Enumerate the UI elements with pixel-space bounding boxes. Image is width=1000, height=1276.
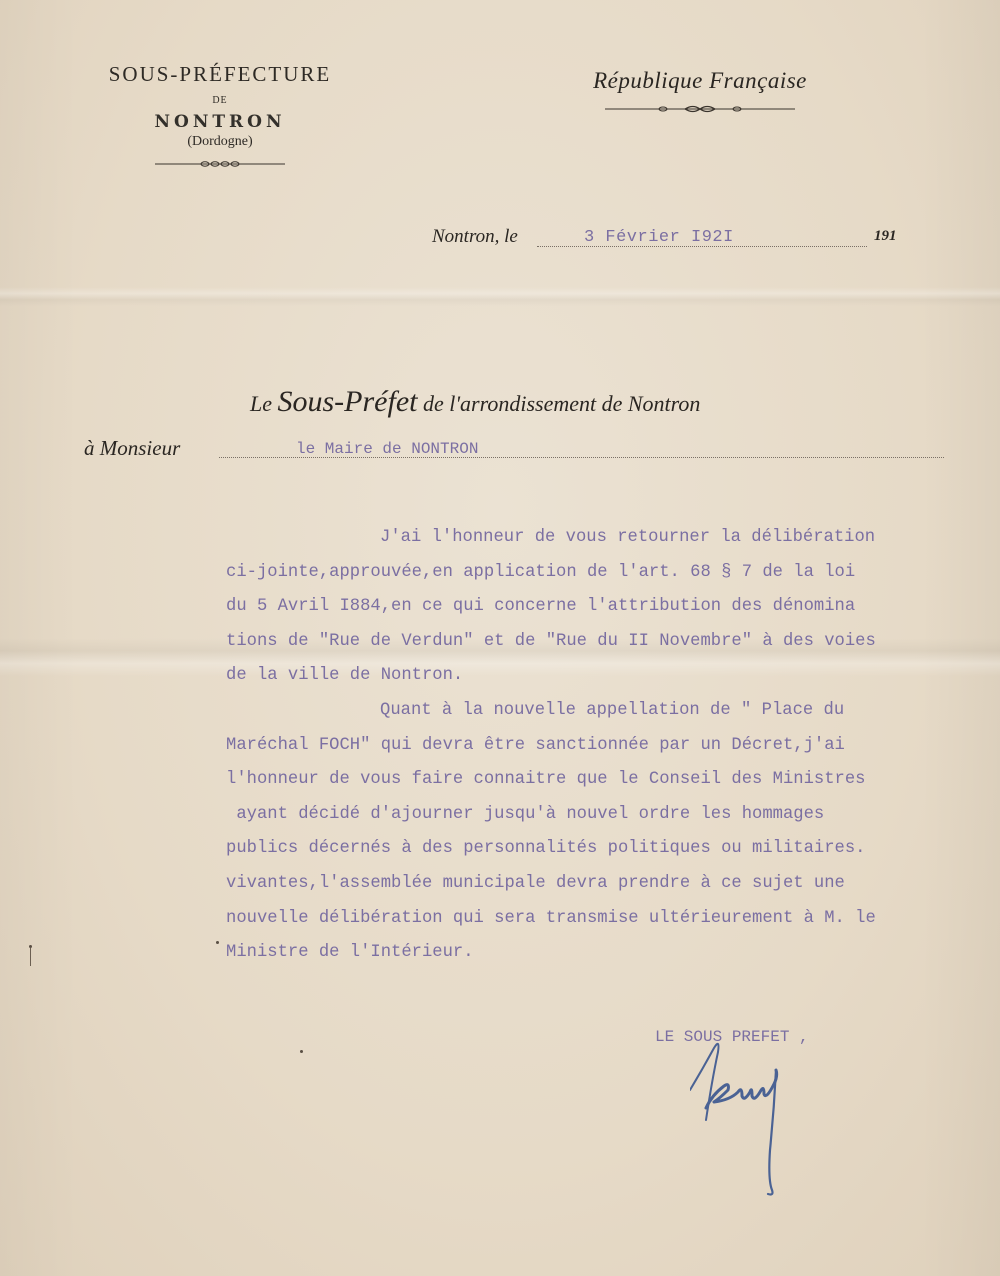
letter-body: J'ai l'honneur de vous retourner la déli… [226,521,996,971]
sender-rest: de l'arrondissement de Nontron [423,391,700,416]
ink-speck-icon [300,1050,303,1053]
republique-francaise-heading: République Française [540,68,860,94]
date-line: Nontron, le 3 Février I92I 191 [432,226,902,254]
ornament-rule-icon [605,104,795,114]
date-prefix: Nontron, le [432,226,518,248]
handwritten-signature-icon [690,1040,800,1200]
pin-hole-icon [30,948,31,966]
body-line: Quant à la nouvelle appellation de " Pla… [226,694,996,729]
body-line: de la ville de Nontron. [226,659,996,694]
body-line: du 5 Avril I884,en ce qui concerne l'att… [226,590,996,625]
date-value: 3 Février I92I [584,228,734,247]
ornament-rule-icon [155,160,285,168]
letterhead-right: République Française [540,68,860,114]
letterhead-town: NONTRON [60,112,380,132]
letterhead-department: (Dordogne) [60,134,380,150]
sender-title: Sous-Préfet [278,385,418,418]
letterhead-left: SOUS-PRÉFECTURE DE NONTRON (Dordogne) [60,62,380,168]
printed-year-suffix: 191 [874,228,897,245]
sender-le: Le [250,391,272,416]
body-line: Maréchal FOCH" qui devra être sanctionné… [226,729,996,764]
addressee-value: le Maire de NONTRON [296,440,478,458]
letterhead-title: SOUS-PRÉFECTURE [60,62,380,87]
letterhead-de: DE [60,95,380,106]
ink-speck-icon [216,941,219,944]
body-line: ci-jointe,approuvée,en application de l'… [226,556,996,591]
body-line: Ministre de l'Intérieur. [226,936,996,971]
body-line: nouvelle délibération qui sera transmise… [226,902,996,937]
sender-heading: Le Sous-Préfet de l'arrondissement de No… [250,385,910,419]
body-line: publics décernés à des personnalités pol… [226,832,996,867]
body-line: tions de "Rue de Verdun" et de "Rue du I… [226,625,996,660]
letter-page: SOUS-PRÉFECTURE DE NONTRON (Dordogne) Ré… [0,0,1000,1276]
addressee-prefix: à Monsieur [84,436,180,461]
body-line: ayant décidé d'ajourner jusqu'à nouvel o… [226,798,996,833]
body-line: J'ai l'honneur de vous retourner la déli… [226,521,996,556]
body-line: vivantes,l'assemblée municipale devra pr… [226,867,996,902]
body-line: l'honneur de vous faire connaitre que le… [226,763,996,798]
pin-mark [27,945,32,966]
addressee-line: à Monsieur le Maire de NONTRON [84,436,944,466]
